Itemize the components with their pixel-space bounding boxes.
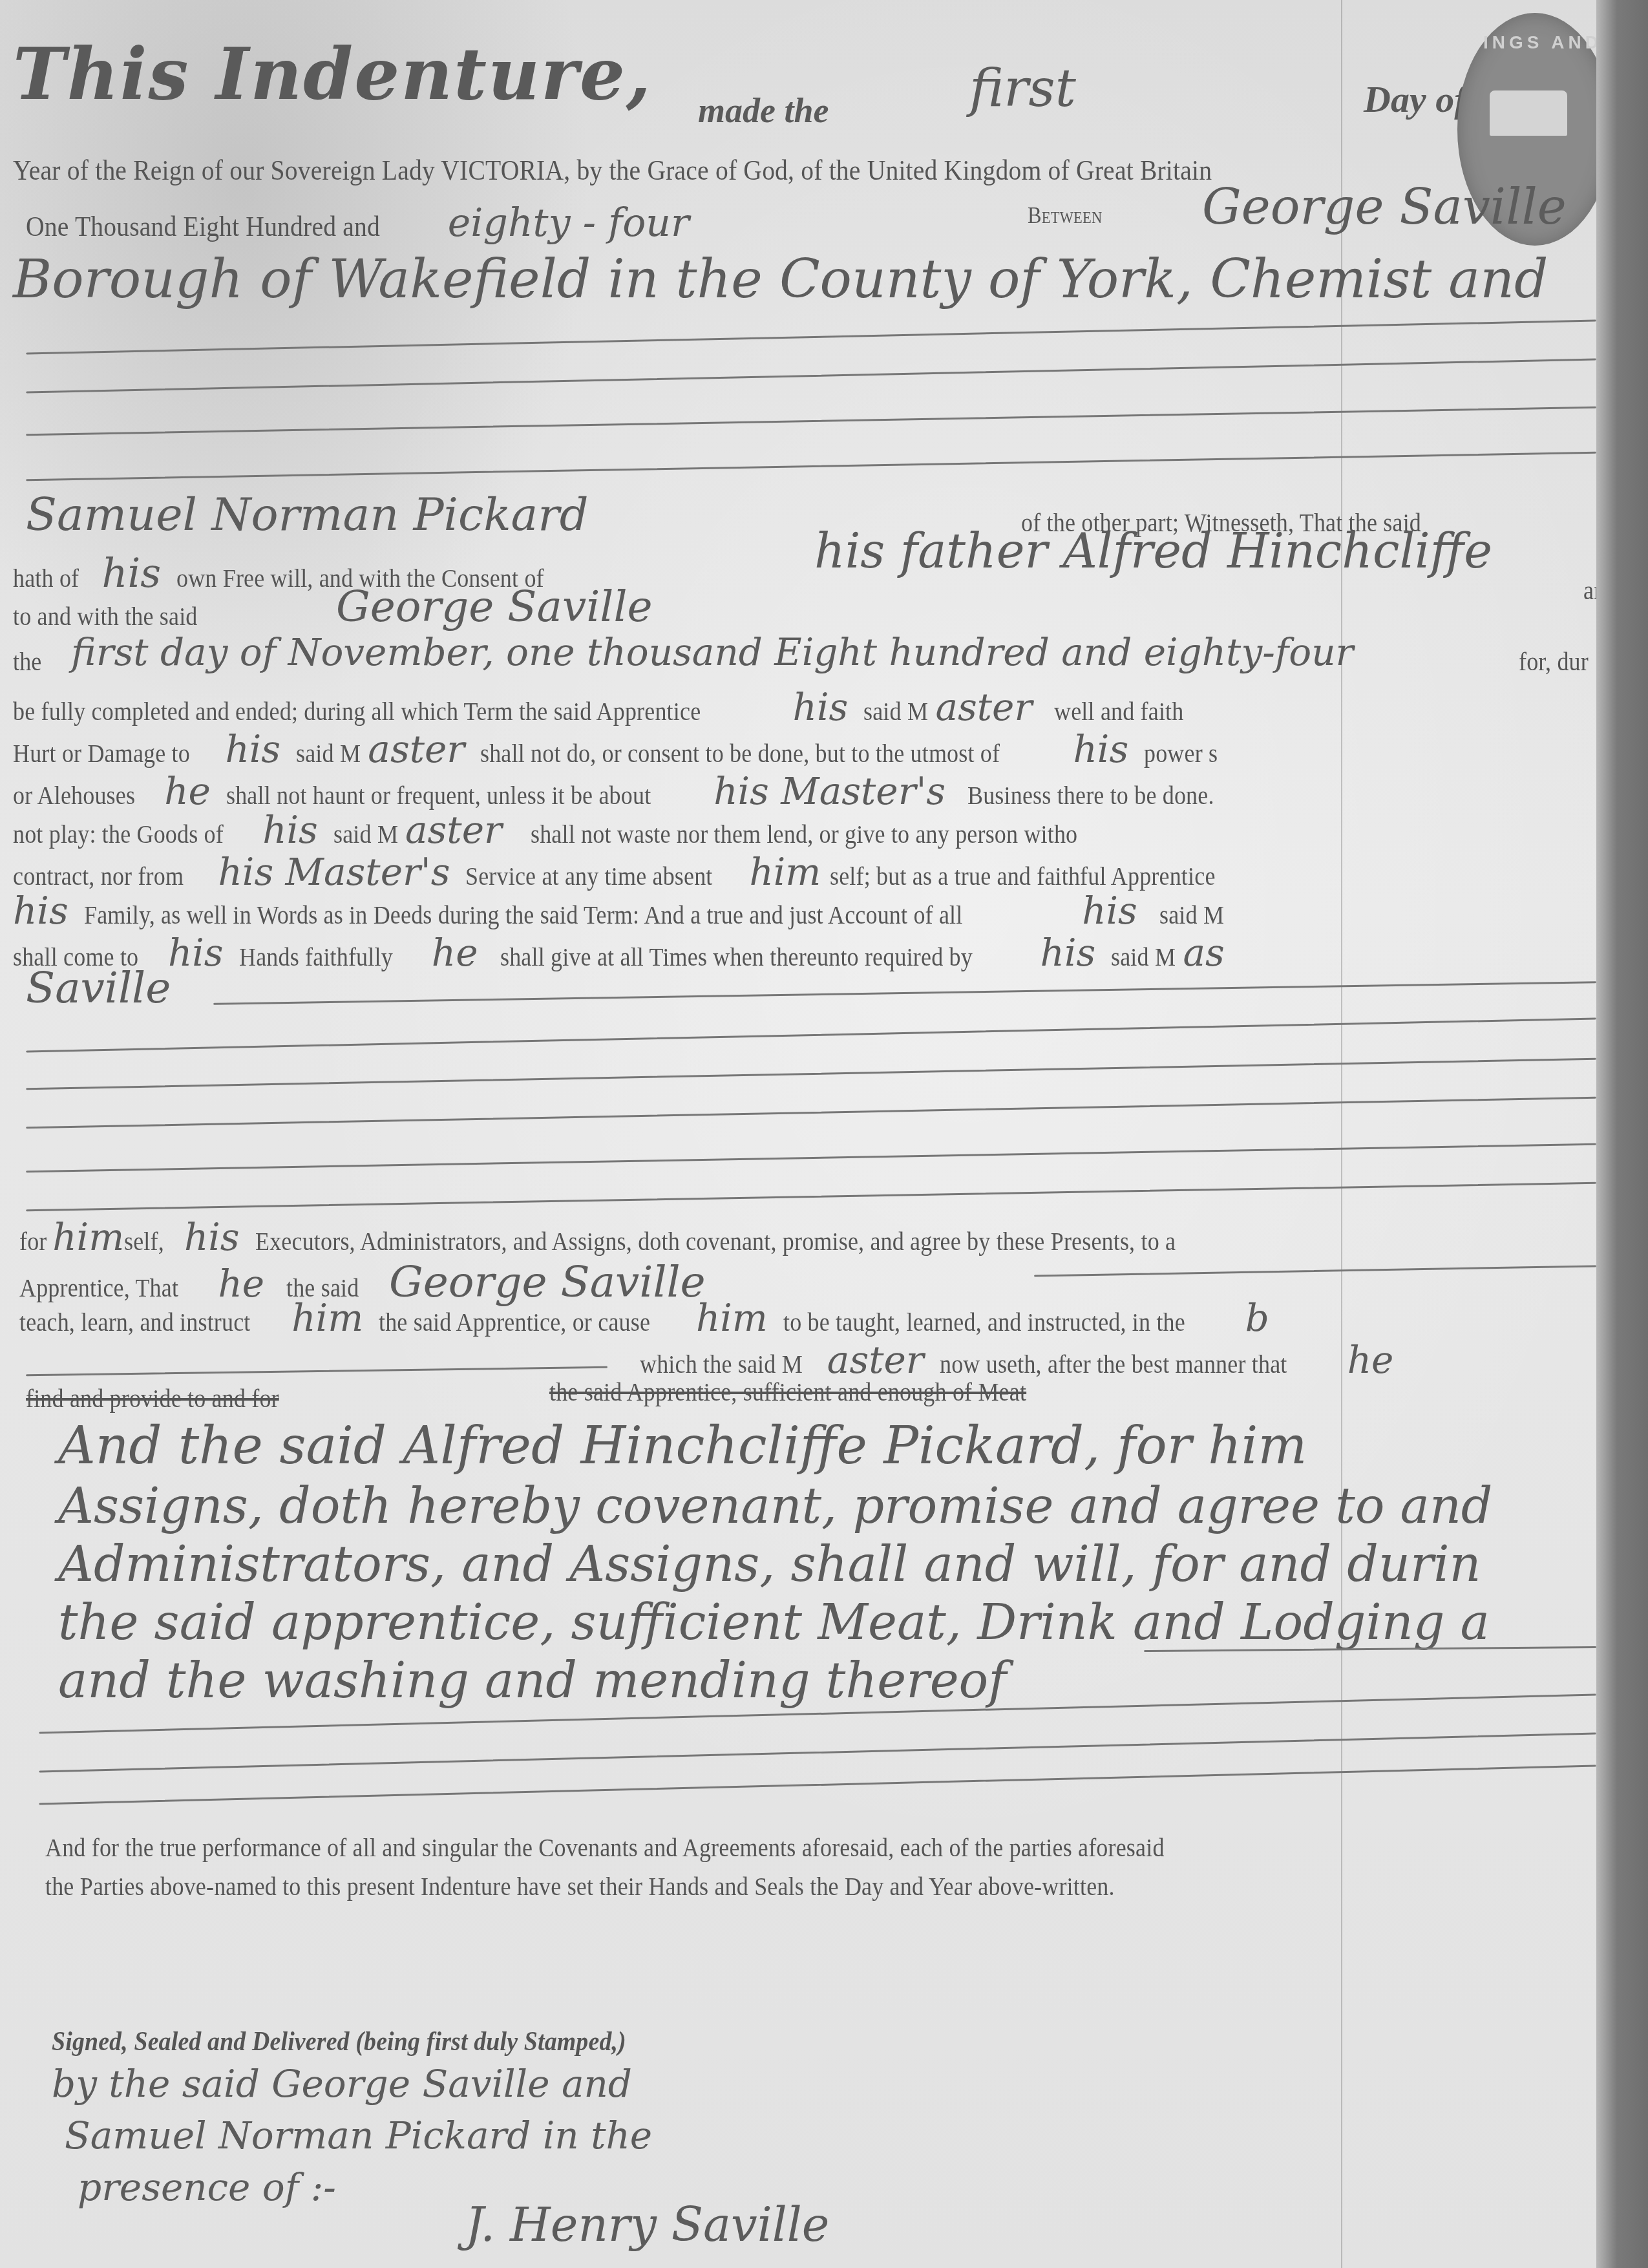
the-label: the — [13, 646, 42, 677]
alehouses-line: or Alehouses he shall not haunt or frequ… — [13, 769, 1241, 813]
closing-line: the Parties above-named to this present … — [45, 1871, 1115, 1902]
print-text: shall not haunt or frequent, unless it b… — [226, 780, 651, 811]
print-text: to be taught, learned, and instructed, i… — [783, 1307, 1185, 1337]
signature-clause-line: presence of :- — [78, 2165, 336, 2209]
signature-clause-line: by the said George Saville and — [52, 2062, 632, 2106]
hand-text: as — [1183, 931, 1224, 975]
hand-text: his M — [218, 850, 324, 894]
crown-icon — [1490, 90, 1567, 136]
hand-text: his — [102, 549, 162, 597]
apprentice-name: Samuel Norman Pickard — [26, 488, 589, 541]
print-text: said M — [333, 819, 398, 849]
reign-line: Year of the Reign of our Sovereign Lady … — [13, 154, 1212, 187]
print-text: shall give at all Times when thereunto r… — [500, 942, 973, 972]
page-edge-shadow — [1596, 0, 1648, 2268]
print-text: self; but as a true and faithful Apprent… — [830, 861, 1216, 891]
document-title: This Indenture, — [13, 32, 652, 116]
father-name: his father Alfred Hinchcliffe — [814, 524, 1492, 579]
master-name: George Saville — [1202, 178, 1567, 235]
print-text: hath of — [13, 563, 79, 593]
print-text: now useth, after the best manner that — [940, 1349, 1287, 1379]
print-text: contract, nor from — [13, 861, 184, 891]
hand-text: aster — [368, 727, 465, 771]
hand-text: his — [1073, 727, 1129, 771]
print-text: the said Apprentice, or cause — [379, 1307, 650, 1337]
hand-text: he — [1347, 1338, 1394, 1382]
print-text: Hands faithfully — [239, 942, 393, 972]
signed-sealed-label: Signed, Sealed and Delivered (being firs… — [52, 2026, 626, 2057]
hand-text: his — [793, 685, 849, 729]
year-prefix: One Thousand Eight Hundred and — [26, 210, 380, 243]
hand-text: him — [749, 850, 821, 894]
hand-text: aster — [935, 685, 1032, 729]
print-text: self, — [124, 1226, 164, 1256]
hand-text: his — [168, 931, 224, 975]
fold-crease — [1341, 0, 1342, 2268]
print-text: or Alehouses — [13, 780, 135, 811]
saville-trade: Saville — [26, 963, 171, 1013]
handwritten-clause-line: Administrators, and Assigns, shall and w… — [58, 1535, 1481, 1593]
year-line: One Thousand Eight Hundred and eighty - … — [26, 200, 690, 246]
hand-text: aster's — [819, 769, 945, 813]
witness-signature: J. Henry Saville — [465, 2198, 829, 2252]
hand-text: aster — [827, 1338, 924, 1382]
made-the-label: made the — [698, 90, 829, 131]
hand-text: he — [164, 769, 211, 813]
hand-text: him — [52, 1215, 124, 1259]
closing-line: And for the true performance of all and … — [45, 1832, 1165, 1863]
goods-line: not play: the Goods of his said Master s… — [13, 808, 1138, 852]
hand-text: his — [262, 808, 318, 852]
print-text: well and faith — [1054, 696, 1183, 726]
handwritten-clause-line: And the said Alfred Hinchcliffe Pickard,… — [58, 1415, 1307, 1476]
print-text: shall not waste nor them lend, or give t… — [531, 819, 1077, 849]
handwritten-clause-line: Assigns, doth hereby covenant, promise a… — [58, 1477, 1493, 1534]
print-text: power s — [1144, 738, 1218, 768]
hand-text: his — [13, 889, 69, 933]
covenant-line: for himself, his Executors, Administrato… — [19, 1215, 1278, 1259]
master-useth-line: which the said Master now useth, after t… — [640, 1338, 1393, 1382]
print-text: which the said M — [640, 1349, 803, 1379]
day-value: first — [969, 58, 1076, 118]
hand-text: b — [1245, 1296, 1269, 1340]
commencement-date: first day of November, one thousand Eigh… — [71, 630, 1353, 674]
print-text: Business there to be done. — [967, 780, 1214, 811]
year-value: eighty - four — [448, 200, 690, 246]
print-text: Executors, Administrators, and Assigns, … — [255, 1226, 1176, 1256]
handwritten-clause-line: and the washing and mending thereof — [58, 1651, 1007, 1709]
day-of-label: Day of — [1364, 78, 1466, 121]
family-line: his Family, as well in Words as in Deeds… — [13, 889, 1231, 933]
hand-text: his — [1082, 889, 1137, 933]
print-text: shall not do, or consent to be done, but… — [480, 738, 1000, 768]
master-address: Borough of Wakefield in the County of Yo… — [13, 249, 1548, 310]
print-text: said M — [863, 696, 928, 726]
between-label: Between — [1028, 202, 1102, 229]
hand-text: him — [291, 1296, 363, 1340]
hand-text: his — [1041, 931, 1096, 975]
print-text: be fully completed and ended; during all… — [13, 696, 701, 726]
struck-provision-a: find and provide to and for — [26, 1383, 279, 1414]
hurt-line: Hurt or Damage to his said Master shall … — [13, 727, 1226, 771]
hand-text: aster's — [324, 850, 450, 894]
print-text: not play: the Goods of — [13, 819, 224, 849]
stamp-text: INGS AND — [1483, 32, 1602, 53]
print-text: Hurt or Damage to — [13, 738, 190, 768]
hand-text: him — [696, 1296, 768, 1340]
master-name-2: George Saville — [336, 582, 653, 631]
print-text: for — [19, 1226, 47, 1256]
print-text: said M — [1111, 942, 1176, 972]
for-dur-text: for, dur — [1519, 646, 1589, 677]
struck-provision-b: the said Apprentice, sufficient and enou… — [549, 1377, 1026, 1407]
contract-line: contract, nor from his Master's Service … — [13, 850, 1258, 894]
handwritten-clause-line: the said apprentice, sufficient Meat, Dr… — [58, 1593, 1490, 1651]
with-said-label: to and with the said — [13, 601, 198, 631]
account-line: shall come to his Hands faithfully he sh… — [13, 931, 1225, 975]
hand-text: aster — [405, 808, 502, 852]
indenture-page — [0, 0, 1609, 2268]
term-line: be fully completed and ended; during all… — [13, 685, 1198, 729]
print-text: Family, as well in Words as in Deeds dur… — [84, 900, 962, 930]
instruct-line: teach, learn, and instruct him the said … — [19, 1296, 1269, 1340]
print-text: Service at any time absent — [465, 861, 713, 891]
hand-text: his M — [713, 769, 819, 813]
print-text: said M — [1159, 900, 1224, 930]
hand-text: his — [184, 1215, 240, 1259]
print-text: teach, learn, and instruct — [19, 1307, 251, 1337]
print-text: said M — [296, 738, 361, 768]
hand-text: he — [432, 931, 478, 975]
hand-text: his — [225, 727, 280, 771]
signature-clause-line: Samuel Norman Pickard in the — [65, 2114, 652, 2157]
